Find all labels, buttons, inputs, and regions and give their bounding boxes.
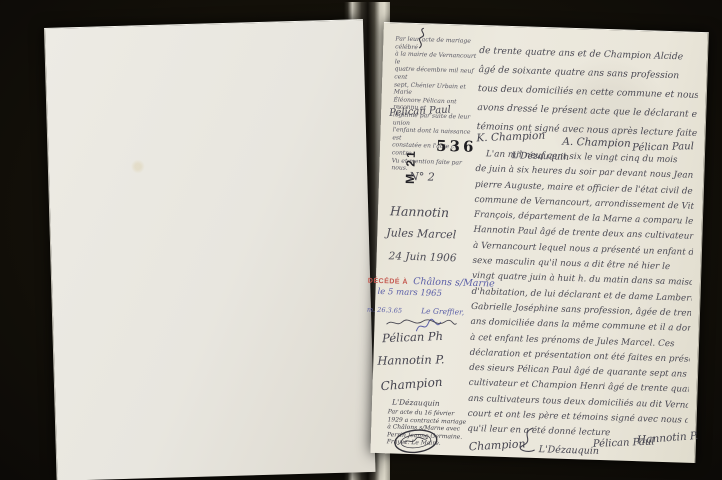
- oval-official-stamp: [392, 426, 441, 457]
- right-register-page: Par leur acte de mariage célébréà la mai…: [370, 22, 708, 463]
- margin-child-firstnames: Jules Marcel: [386, 226, 456, 241]
- greffier-label: Le Greffier,: [421, 306, 464, 316]
- margin-child-surname: Hannotin: [390, 203, 450, 220]
- margin-signature: Hannotin P.: [377, 352, 444, 367]
- previous-act-signature: A. Champion: [562, 136, 631, 150]
- margin-act-date: 24 Juin 1906: [388, 250, 456, 264]
- margin-officiant-signature: L'Dézauquin: [392, 397, 440, 407]
- folio-number-stamp: 536: [436, 137, 477, 156]
- previous-act-text: de trente quatre ans et de Champion Alci…: [476, 41, 699, 143]
- margin-signature: Pélican Ph: [382, 329, 443, 345]
- act-number: N° 2: [409, 170, 435, 184]
- signature-flourish: [512, 425, 539, 456]
- decede-stamp-word: DÉCÉDÉ À: [368, 278, 408, 286]
- act-signature: L'Dézauquin: [538, 444, 599, 457]
- decede-mention-date: m. 26.3.65: [367, 306, 402, 315]
- birth-act-text: L'an mil neuf cent six le vingt cinq du …: [467, 147, 696, 444]
- register-scan: Par leur acte de mariage célébréà la mai…: [0, 0, 722, 480]
- margin-signature: Champion: [380, 375, 443, 393]
- left-blank-page: [44, 19, 376, 480]
- previous-act-signature: K. Champion: [476, 130, 545, 145]
